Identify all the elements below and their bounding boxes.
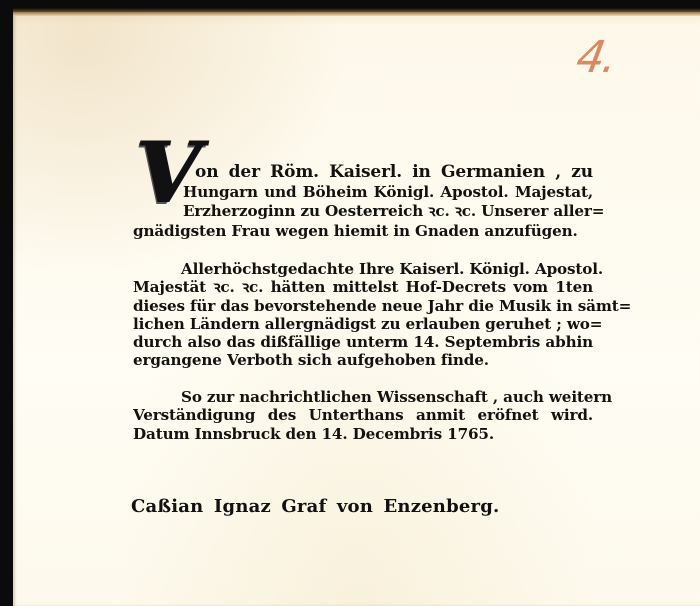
- decree-line: durch also das dißfällige unterm 14. Sep…: [133, 333, 593, 351]
- decree-line: Majestät ꝛc. ꝛc. hätten mittelst Hof-Dec…: [133, 278, 593, 296]
- decree-line: dieses für das bevorstehende neue Jahr d…: [133, 297, 593, 315]
- intro-line-2: Hungarn und Böheim Königl. Apostol. Maje…: [183, 183, 593, 201]
- closing-line: Verständigung des Unterthans anmit eröfn…: [133, 406, 593, 425]
- dateline: Datum Innsbruck den 14. Decembris 1765.: [133, 425, 593, 444]
- decree-line: ergangene Verboth sich aufgehoben finde.: [133, 351, 593, 369]
- intro-line-4: gnädigsten Frau wegen hiemit in Gnaden a…: [133, 222, 593, 240]
- paper-torn-edge: [13, 8, 700, 16]
- intro-paragraph: V on der Röm. Kaiserl. in Germanien , zu…: [133, 126, 593, 244]
- intro-line-3: Erzherzoginn zu Oesterreich ꝛc. ꝛc. Unse…: [183, 202, 593, 220]
- scanned-document: 4. V on der Röm. Kaiserl. in Germanien ,…: [0, 0, 700, 606]
- decree-line: Allerhöchstgedachte Ihre Kaiserl. Königl…: [133, 260, 593, 278]
- closing-line: So zur nachrichtlichen Wissenschaft , au…: [133, 388, 593, 407]
- decree-text: V on der Röm. Kaiserl. in Germanien , zu…: [133, 126, 593, 443]
- intro-line-1: on der Röm. Kaiserl. in Germanien , zu: [195, 163, 593, 181]
- closing-paragraph: So zur nachrichtlichen Wissenschaft , au…: [133, 388, 593, 444]
- signature: Caßian Ignaz Graf von Enzenberg.: [131, 496, 499, 517]
- decree-line: lichen Ländern allergnädigst zu erlauben…: [133, 315, 593, 333]
- decree-paragraph: Allerhöchstgedachte Ihre Kaiserl. Königl…: [133, 260, 593, 370]
